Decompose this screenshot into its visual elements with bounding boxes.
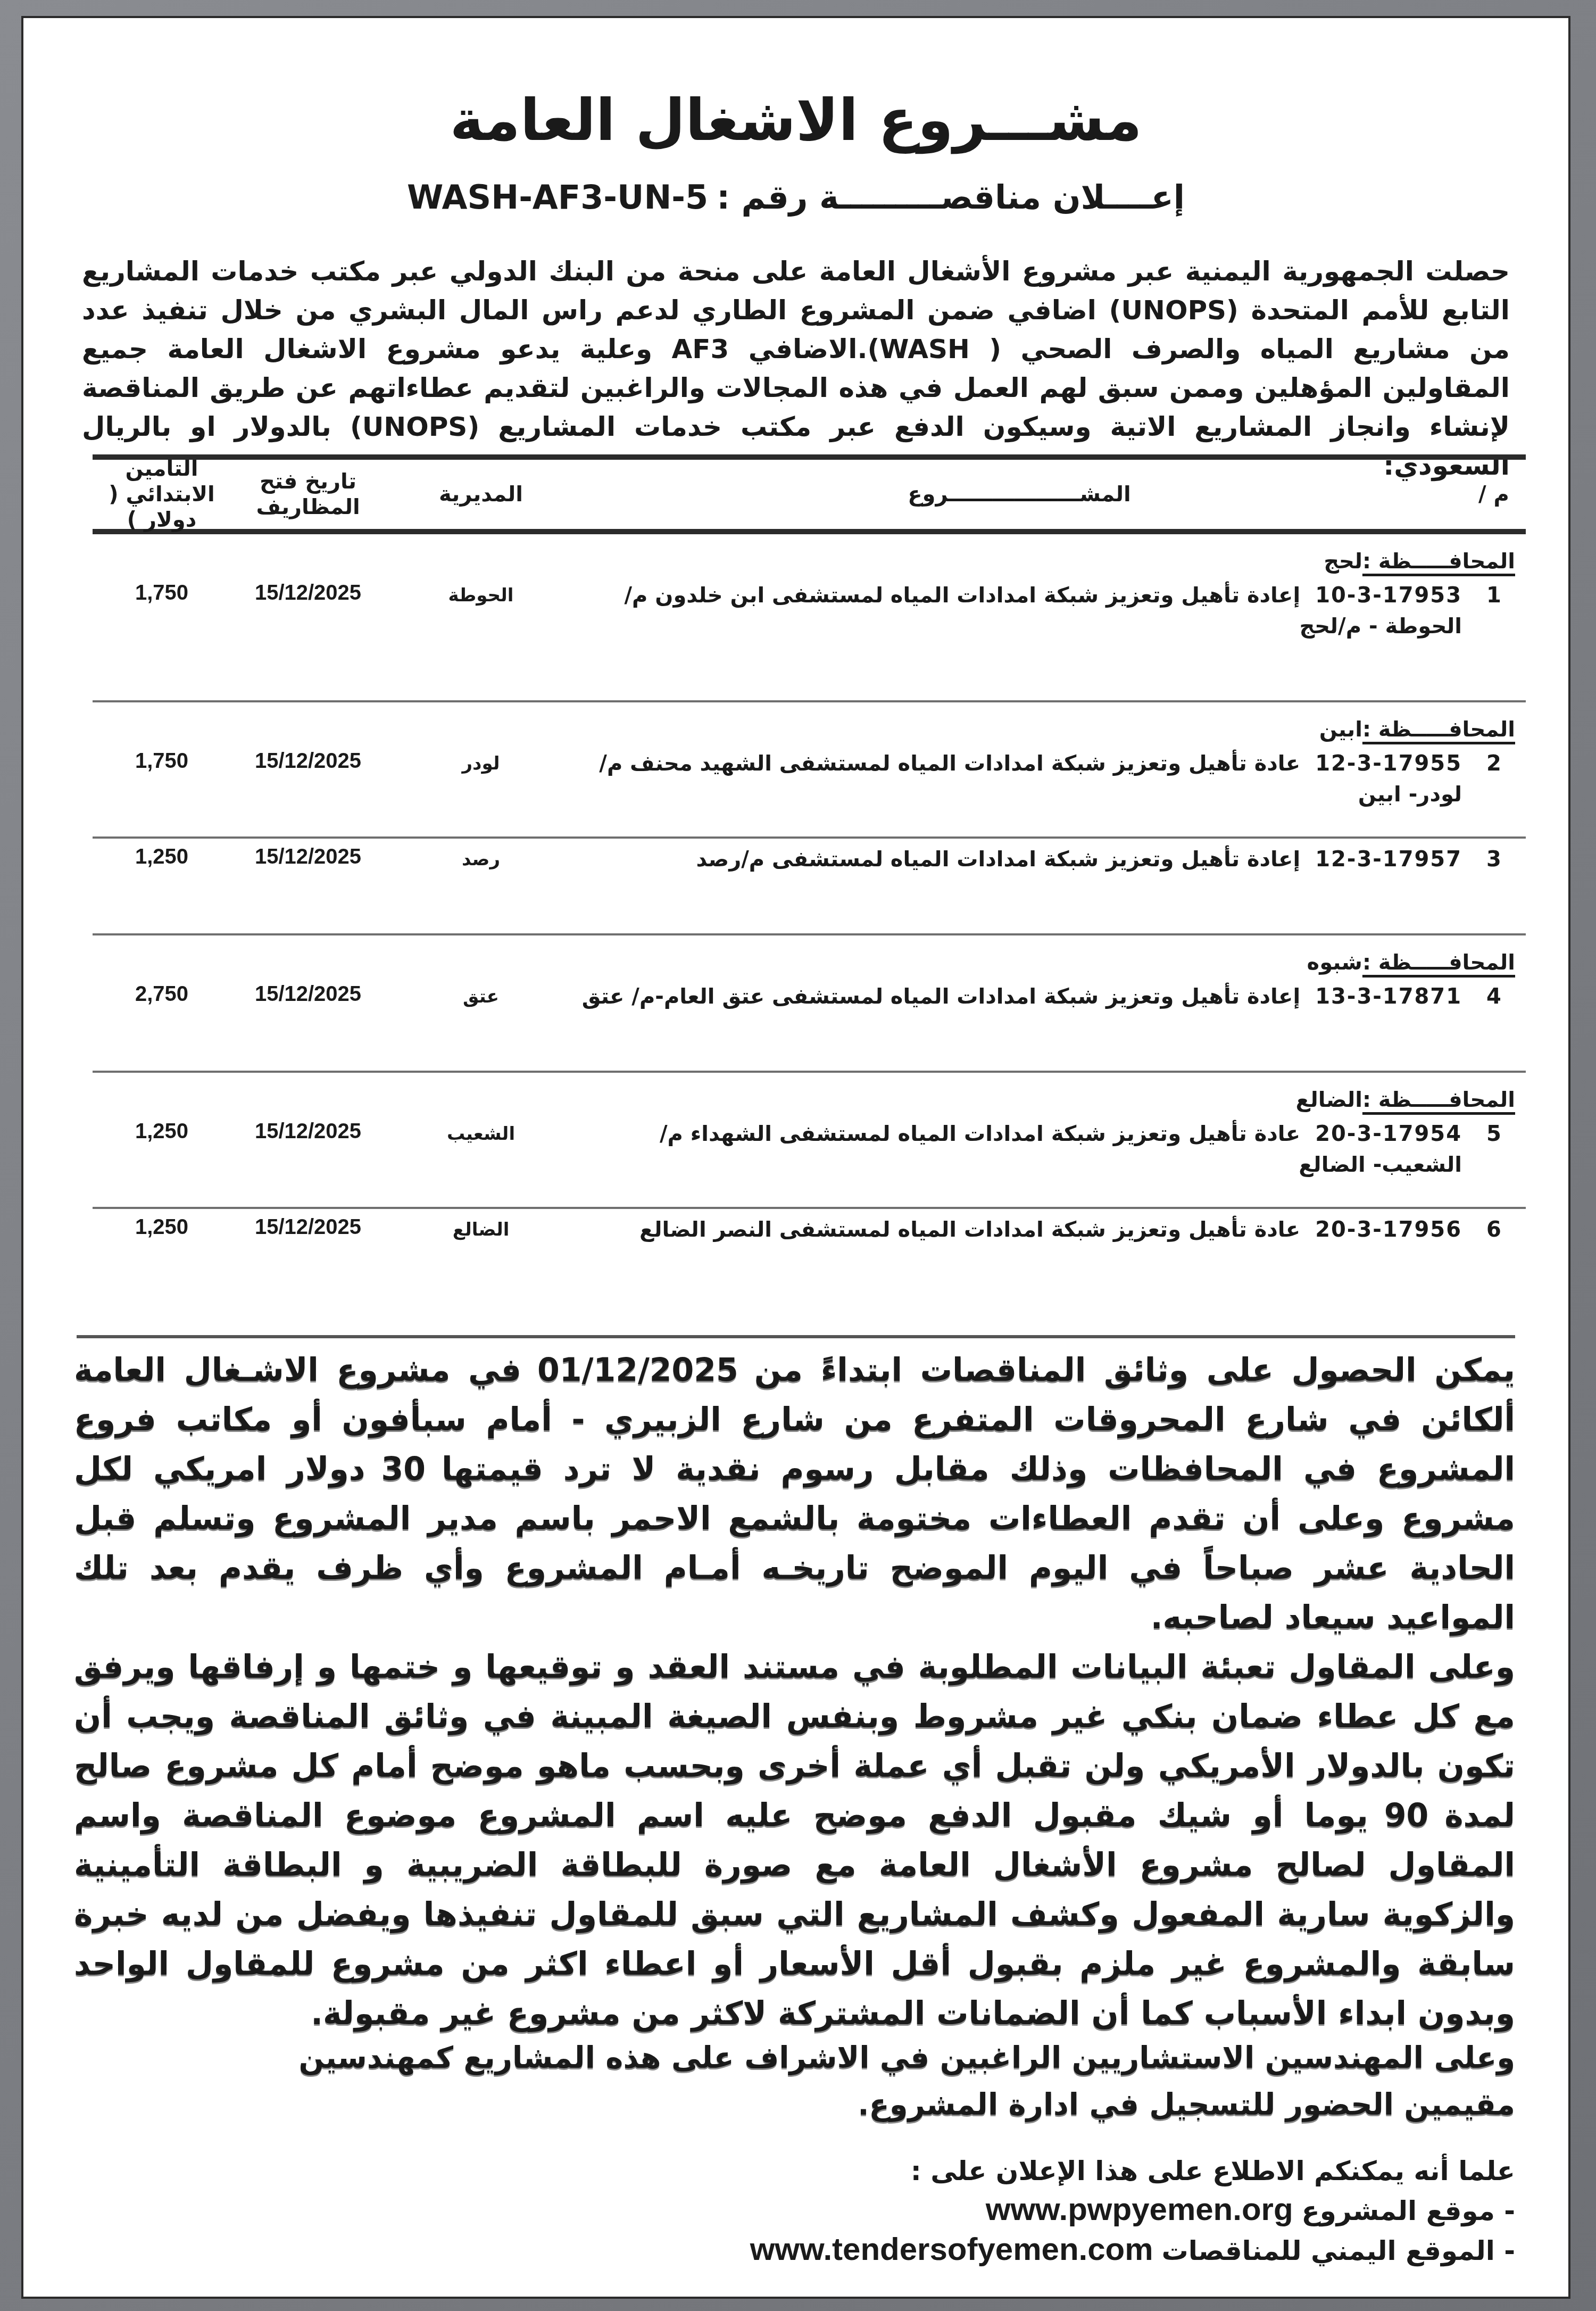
row-project: 20-3-17954عادة تأهيل وتعزيز شبكة امدادات…	[577, 1119, 1462, 1180]
project-code: 20-3-17954	[1315, 1119, 1462, 1149]
row-num: 2	[1462, 748, 1526, 779]
tender-number: WASH-AF3-UN-5	[407, 178, 708, 217]
governorate-heading: المحافـــــظة :شبوه	[93, 950, 1526, 981]
row-num: 3	[1462, 844, 1526, 875]
table-row: 2 12-3-17955عادة تأهيل وتعزيز شبكة امداد…	[93, 748, 1526, 810]
governorate-name: ابين	[1319, 717, 1362, 742]
document-title: مشـــروع الاشغال العامة	[23, 87, 1568, 154]
table-row: 3 12-3-17957إعادة تأهيل وتعزيز شبكة امدا…	[93, 844, 1526, 875]
row-bond: 1,250	[93, 1119, 231, 1144]
row-divider	[93, 933, 1526, 935]
table-row: 5 20-3-17954عادة تأهيل وتعزيز شبكة امداد…	[93, 1119, 1526, 1180]
table-row: 1 10-3-17953إعادة تأهيل وتعزيز شبكة امدا…	[93, 580, 1526, 642]
row-num: 1	[1462, 580, 1526, 611]
table-top-rule	[93, 454, 1526, 460]
row-project: 13-3-17871إعادة تأهيل وتعزيز شبكة امدادا…	[577, 981, 1462, 1012]
intro-paragraph: حصلت الجمهورية اليمنية عبر مشروع الأشغال…	[82, 252, 1510, 485]
row-bond: 1,750	[93, 748, 231, 774]
project-code: 13-3-17871	[1315, 981, 1462, 1012]
source-tenders-site: - الموقع اليمني للمناقصاتwww.tendersofye…	[750, 2230, 1515, 2270]
governorate-label: المحافـــــظة :	[1362, 950, 1515, 975]
instructions-paragraph-2: وعلى المقاول تعبئة البيانات المطلوبة في …	[74, 1643, 1515, 2039]
governorate-heading: المحافـــــظة :ابين	[93, 717, 1526, 748]
row-directorate: الحوطة	[385, 580, 577, 611]
row-divider	[93, 1071, 1526, 1073]
project-code: 12-3-17957	[1315, 844, 1462, 875]
row-bond: 2,750	[93, 981, 231, 1007]
guarantee-validity-days: 90	[1368, 1797, 1445, 1834]
row-date: 15/12/2025	[231, 1214, 385, 1240]
row-project: 12-3-17955عادة تأهيل وتعزيز شبكة امدادات…	[577, 748, 1462, 810]
row-date: 15/12/2025	[231, 1119, 385, 1144]
instructions-section: يمكن الحصول على وثائق المناقصات ابتداءً …	[74, 1346, 1515, 2039]
row-directorate: لودر	[385, 748, 577, 779]
header-num: م /	[1462, 482, 1526, 507]
project-site-link[interactable]: www.pwpyemen.org	[986, 2191, 1293, 2227]
governorate-heading: المحافـــــظة :الضالع	[93, 1088, 1526, 1119]
row-directorate: الضالع	[385, 1214, 577, 1245]
header-directorate: المديرية	[385, 482, 577, 507]
row-date: 15/12/2025	[231, 748, 385, 774]
row-bond: 1,250	[93, 844, 231, 869]
sources-intro: علما أنه يمكنكم الاطلاع على هذا الإعلان …	[750, 2152, 1515, 2190]
tender-subtitle: إعــــلان مناقصـــــــــة رقم :WASH-AF3-…	[23, 178, 1568, 217]
table-header: م / المشــــــــــــــــــروع المديرية ت…	[93, 460, 1526, 529]
row-divider	[93, 836, 1526, 839]
row-divider	[93, 1207, 1526, 1209]
table-bottom-rule	[77, 1335, 1515, 1338]
source-project-site: - موقع المشروعwww.pwpyemen.org	[750, 2190, 1515, 2230]
governorate-label: المحافـــــظة :	[1362, 717, 1515, 742]
header-project: المشــــــــــــــــــروع	[577, 482, 1462, 507]
instructions-paragraph-1: يمكن الحصول على وثائق المناقصات ابتداءً …	[74, 1346, 1515, 1643]
row-num: 6	[1462, 1214, 1526, 1245]
announcement-sources: علما أنه يمكنكم الاطلاع على هذا الإعلان …	[750, 2152, 1515, 2270]
project-code: 20-3-17956	[1315, 1214, 1462, 1245]
header-bond: التامين الابتدائي ( دولار )	[93, 456, 231, 533]
row-directorate: الشعيب	[385, 1119, 577, 1149]
governorate-name: لحج	[1324, 549, 1362, 574]
governorate-label: المحافـــــظة :	[1362, 549, 1515, 574]
document-fee: 30	[365, 1451, 442, 1488]
row-project: 12-3-17957إعادة تأهيل وتعزيز شبكة امدادا…	[577, 844, 1462, 875]
project-name: عادة تأهيل وتعزيز شبكة امدادات المياه لم…	[639, 1217, 1300, 1242]
project-name: إعادة تأهيل وتعزيز شبكة امدادات المياه ل…	[582, 984, 1300, 1009]
engineers-notice: وعلى المهندسين الاستشاريين الراغبين في ا…	[183, 2035, 1515, 2128]
table-row: 6 20-3-17956عادة تأهيل وتعزيز شبكة امداد…	[93, 1214, 1526, 1245]
tender-subtitle-prefix: إعــــلان مناقصـــــــــة رقم :	[717, 178, 1185, 217]
row-project: 10-3-17953إعادة تأهيل وتعزيز شبكة امدادا…	[577, 580, 1462, 642]
row-date: 15/12/2025	[231, 981, 385, 1007]
project-code: 10-3-17953	[1315, 580, 1462, 611]
tender-announcement-page: مشـــروع الاشغال العامة إعــــلان مناقصـ…	[21, 16, 1570, 2299]
row-bond: 1,250	[93, 1214, 231, 1240]
table-row: 4 13-3-17871إعادة تأهيل وتعزيز شبكة امدا…	[93, 981, 1526, 1012]
governorate-name: الضالع	[1295, 1088, 1362, 1112]
governorate-label: المحافـــــظة :	[1362, 1088, 1515, 1112]
documents-start-date: 01/12/2025	[521, 1352, 754, 1389]
row-date: 15/12/2025	[231, 580, 385, 606]
row-project: 20-3-17956عادة تأهيل وتعزيز شبكة امدادات…	[577, 1214, 1462, 1245]
row-date: 15/12/2025	[231, 844, 385, 869]
project-name: إعادة تأهيل وتعزيز شبكة امدادات المياه ل…	[696, 847, 1300, 872]
header-opening-date: تاريخ فتح المظاريف	[231, 469, 385, 520]
project-code: 12-3-17955	[1315, 748, 1462, 779]
row-num: 4	[1462, 981, 1526, 1012]
row-bond: 1,750	[93, 580, 231, 606]
tenders-site-link[interactable]: www.tendersofyemen.com	[750, 2231, 1153, 2267]
engineers-text: وعلى المهندسين الاستشاريين الراغبين في ا…	[183, 2035, 1515, 2128]
row-directorate: عتق	[385, 981, 577, 1012]
intro-text: حصلت الجمهورية اليمنية عبر مشروع الأشغال…	[82, 252, 1510, 485]
table-header-rule	[93, 529, 1526, 534]
governorate-name: شبوه	[1307, 950, 1362, 975]
row-divider	[93, 700, 1526, 702]
row-num: 5	[1462, 1119, 1526, 1149]
governorate-heading: المحافـــــظة :لحج	[93, 549, 1526, 580]
row-directorate: رصد	[385, 844, 577, 875]
projects-table: م / المشــــــــــــــــــروع المديرية ت…	[93, 454, 1526, 1245]
